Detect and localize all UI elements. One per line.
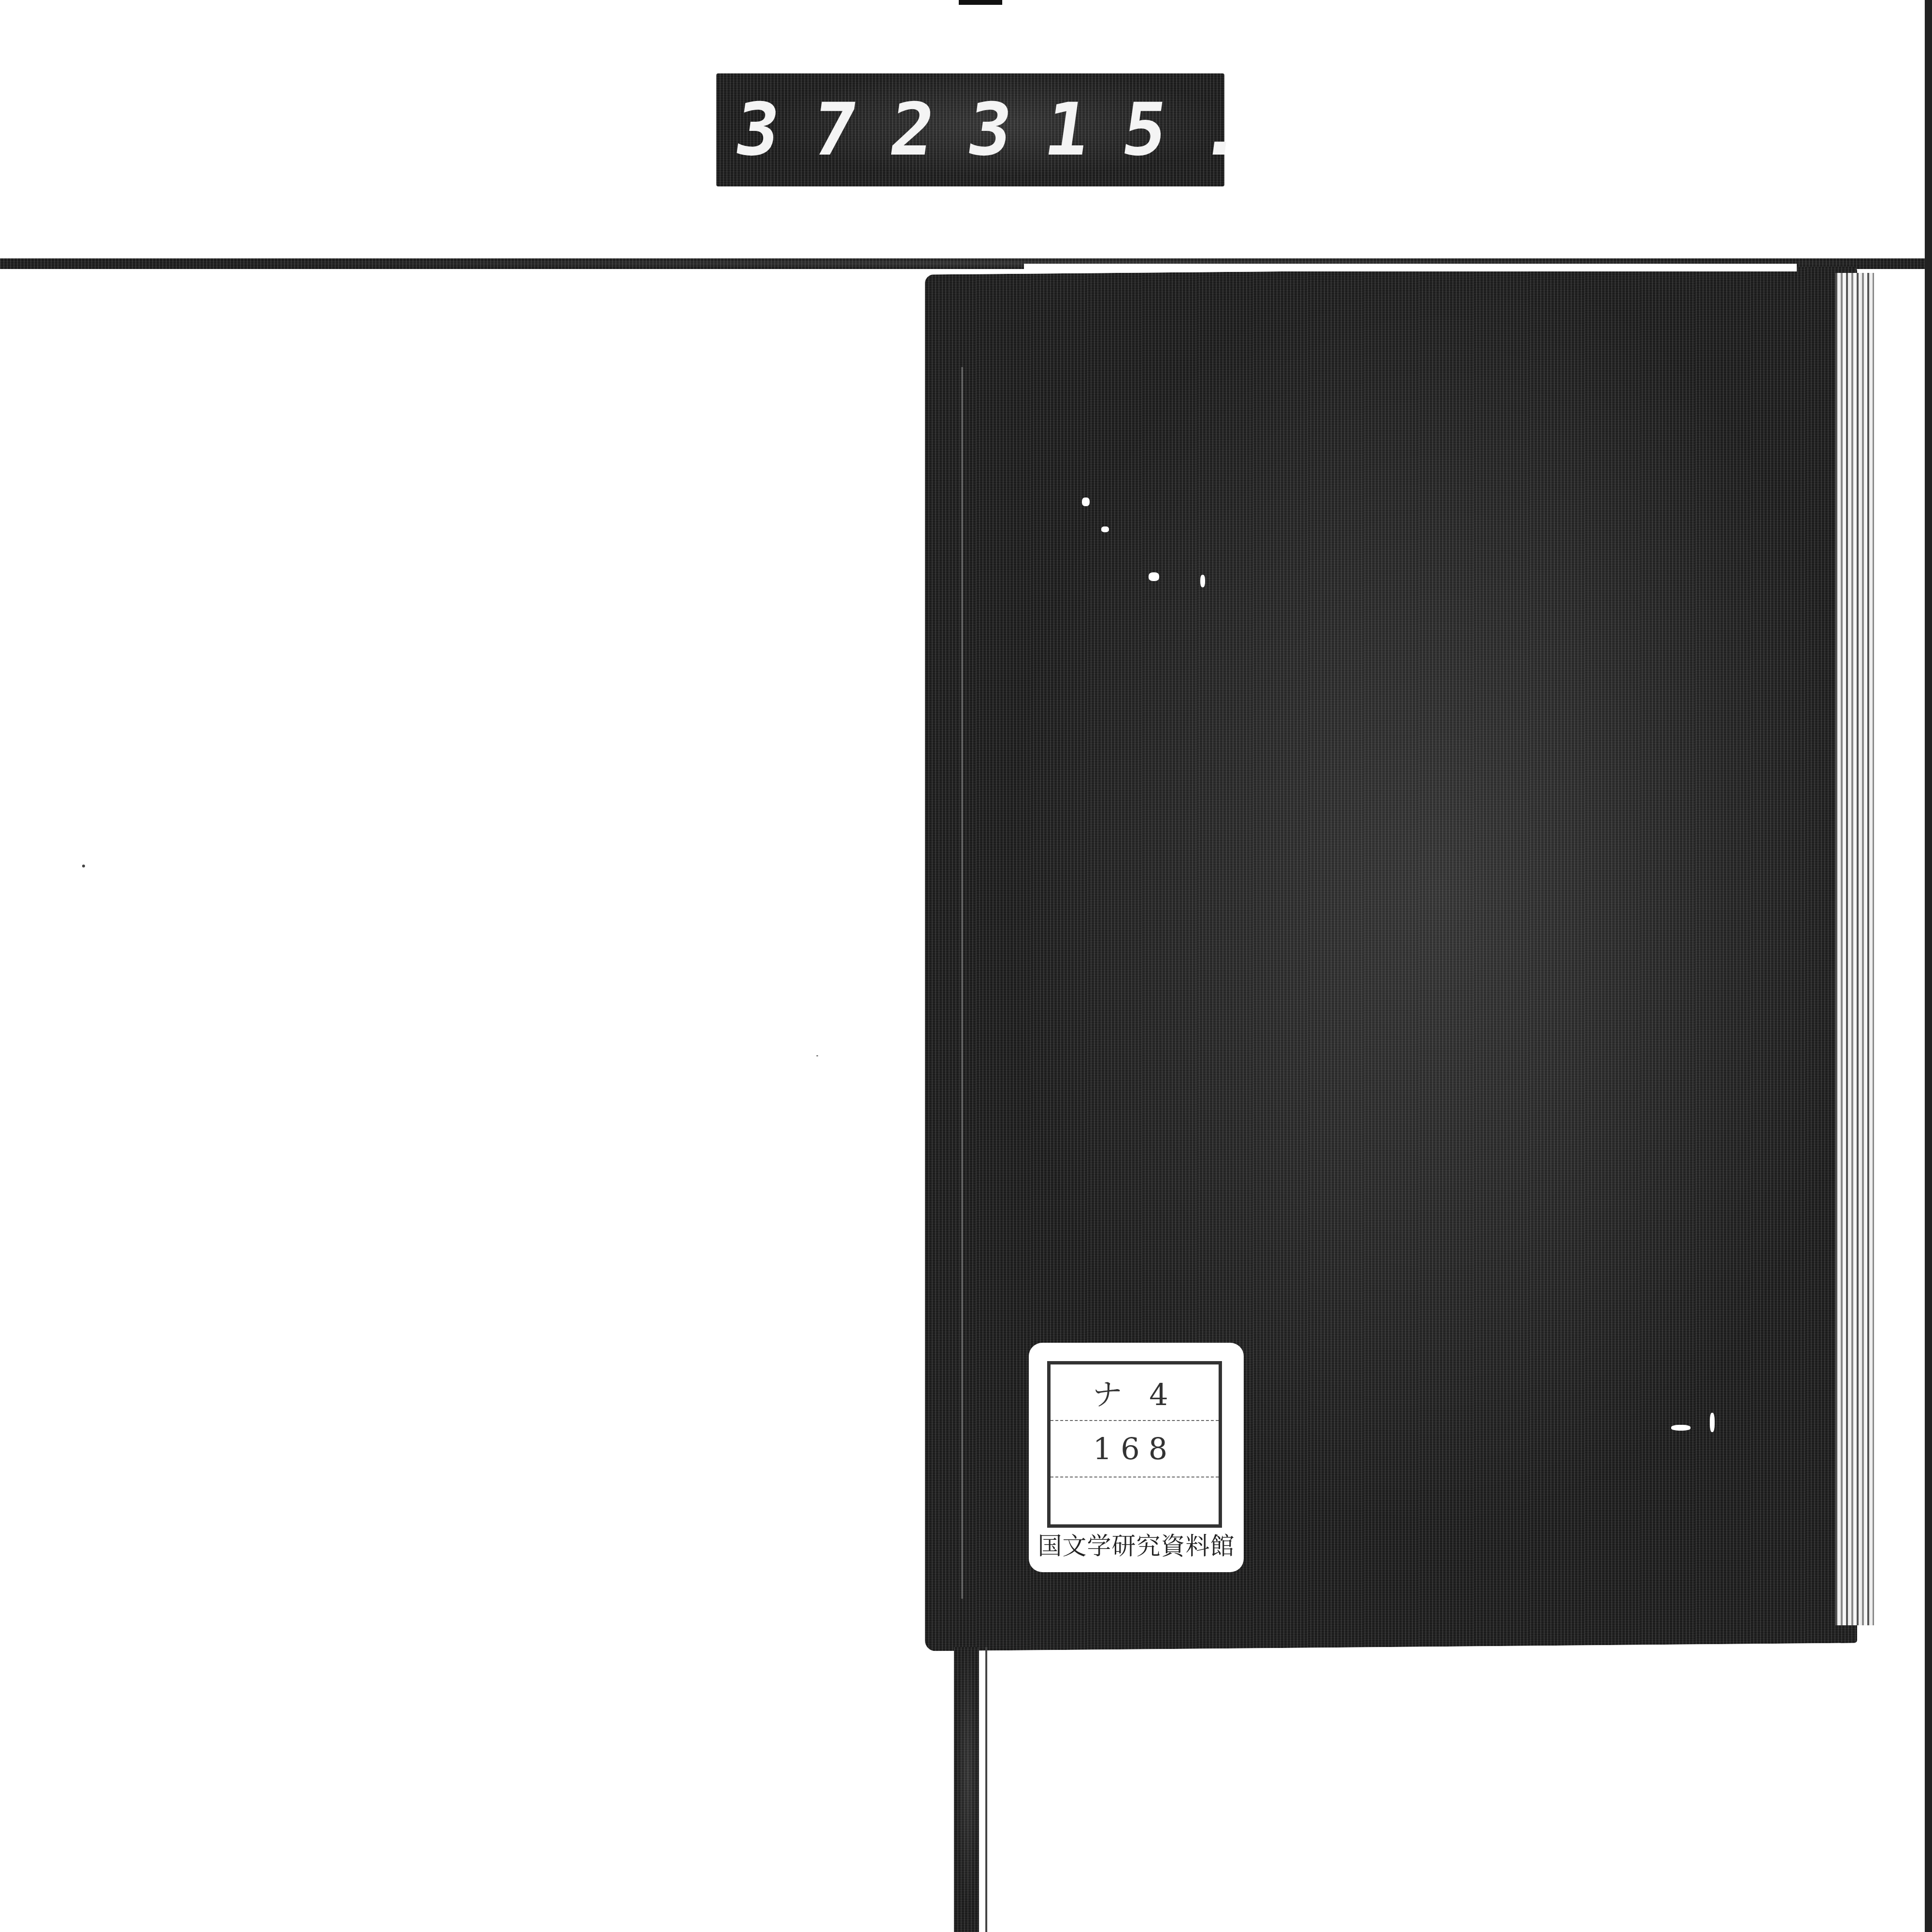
- cover-top-gap: [1024, 264, 1797, 271]
- cover-blemish: [1710, 1413, 1715, 1432]
- page-edges: [1835, 273, 1874, 1625]
- scan-speck: [816, 1055, 818, 1056]
- scan-speck: [82, 865, 85, 867]
- label-call-mark: ナ 4: [1051, 1364, 1219, 1420]
- frame-counter-plate: 372 315.: [716, 73, 1224, 186]
- frame-counter-right: 315.: [962, 88, 1284, 172]
- binding-crease: [961, 367, 963, 1599]
- label-empty-row: [1051, 1477, 1219, 1533]
- film-strip-stub: [959, 0, 1002, 5]
- label-institution: 国文学研究資料館: [1029, 1527, 1244, 1562]
- film-strip-bottom: [954, 1647, 979, 1932]
- label-frame: ナ 4 168: [1047, 1361, 1222, 1528]
- film-strip-edge: [985, 1647, 987, 1932]
- label-number: 168: [1051, 1420, 1219, 1477]
- vertical-rail: [1925, 0, 1932, 1932]
- library-label: ナ 4 168 国文学研究資料館: [1029, 1343, 1244, 1572]
- cover-blemish: [1101, 526, 1109, 532]
- cover-blemish: [1082, 497, 1090, 506]
- cover-blemish: [1149, 572, 1159, 581]
- cover-blemish: [1200, 575, 1205, 587]
- cover-blemish: [1671, 1425, 1690, 1431]
- frame-counter-left: 372: [730, 88, 974, 172]
